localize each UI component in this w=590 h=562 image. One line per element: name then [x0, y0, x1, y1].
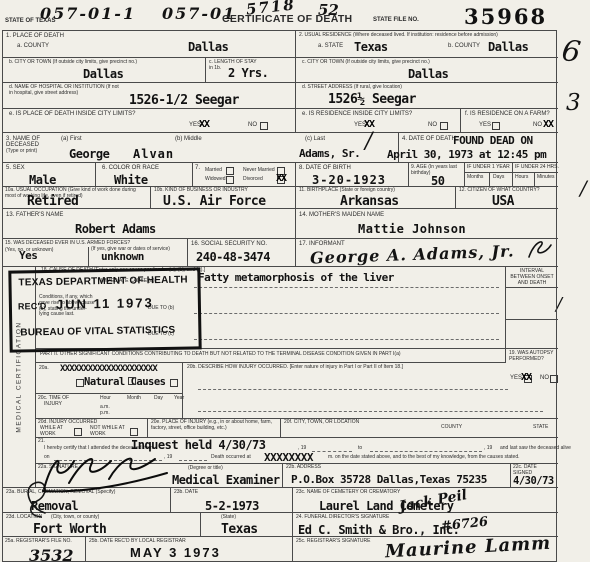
field-label: 23b. DATE [174, 490, 198, 496]
field-physician-address: 22b. ADDRESS P.O.Box 35728 Dallas,Texas … [283, 464, 511, 488]
field-usual-occupation: 10a. USUAL OCCUPATION (Give kind of work… [3, 187, 151, 209]
married-label: Married [205, 168, 222, 174]
widowed-label: Widowed [205, 177, 226, 183]
field-informant: 17. INFORMANT George A. Adams, Jr. [296, 239, 558, 267]
field-armed-forces: 15. WAS DECEASED EVER IN U.S. ARMED FORC… [3, 239, 188, 267]
field-label: IF UNDER 1 YEAR [467, 165, 510, 171]
date-of-birth-value: 3-20-1923 [312, 173, 386, 187]
stamp-date: JUN 11 1973 [56, 295, 154, 312]
divider [506, 287, 558, 288]
occupation-value: Retired [27, 194, 78, 209]
field-label: 14. MOTHER'S MAIDEN NAME [299, 212, 384, 219]
field-label: 1. PLACE OF DEATH [6, 33, 64, 40]
field-label: c. CITY OR TOWN (If outside city limits,… [302, 60, 430, 66]
business-value: U.S. Air Force [163, 194, 266, 209]
checkbox [440, 122, 448, 130]
middle-name-label: (b) Middle [175, 136, 202, 143]
margin-pen-mark: 3 [566, 90, 581, 116]
field-burial-date: 23b. DATE 5-2-1973 [171, 488, 293, 513]
stamp-recd: REC'D [18, 301, 47, 311]
field-label: 22b. ADDRESS [286, 465, 321, 471]
rule-line [198, 411, 543, 412]
checkbox [76, 379, 84, 387]
certificate-form: 1. PLACE OF DEATH a. COUNTY Dallas 2. US… [2, 30, 557, 562]
hours-label: Hours [515, 175, 528, 181]
not-while-at-work-label: NOT WHILE AT WORK [90, 426, 128, 438]
received-stamp: TEXAS DEPARTMENT OF HEALTH REC'D JUN 11 … [8, 267, 201, 352]
field-label: 25a. REGISTRAR'S FILE NO. [5, 539, 83, 545]
date-of-death-line2: April 30, 1973 at 12:45 pm [387, 148, 546, 161]
field-label: 25c. REGISTRAR'S SIGNATURE [296, 539, 371, 545]
divider [534, 172, 535, 187]
stamp-agency: TEXAS DEPARTMENT OF HEALTH [18, 275, 187, 289]
field-mothers-maiden-name: 14. MOTHER'S MAIDEN NAME Mattie Johnson [296, 209, 558, 239]
field-injury-city-county-state: 20f. CITY, TOWN, OR LOCATION COUNTY STAT… [281, 419, 558, 438]
certify-text: Death occurred at [211, 455, 251, 461]
state-file-no-label: STATE FILE NO. [373, 17, 419, 24]
funeral-firm-value: Ed C. Smith & Bro., Inc. [298, 523, 459, 537]
field-label: d. STREET ADDRESS (If rural, give locati… [302, 85, 402, 91]
first-name-label: (a) First [61, 136, 82, 143]
last-name-label: (c) Last [305, 136, 325, 143]
field-label: PART II. OTHER SIGNIFICANT CONDITIONS CO… [40, 352, 401, 358]
field-label: 5. SEX [6, 165, 25, 172]
certify-text: and last saw the deceased alive [500, 446, 571, 452]
checkbox [226, 176, 234, 184]
stamp-bureau: BUREAU OF VITAL STATISTICS [20, 325, 175, 339]
margin-pen-mark: / [580, 176, 587, 200]
checkbox [492, 122, 500, 130]
field-length-of-stay: c. LENGTH OF STAY in 1b. 2 Yrs. [206, 58, 296, 83]
no-label: NO [248, 122, 257, 129]
residence-city-value: Dallas [408, 67, 448, 81]
never-married-label: Never Married [243, 168, 275, 174]
field-label: 11. BIRTHPLACE (State or foreign country… [299, 188, 395, 194]
field-date-of-death: 4. DATE OF DEATH FOUND DEAD ON April 30,… [399, 133, 558, 163]
no-label: NO [428, 122, 437, 129]
checkbox [170, 379, 178, 387]
field-if-under-24-hrs: IF UNDER 24 HRS. Hours Minutes [513, 163, 558, 187]
divider [36, 393, 183, 394]
field-label: f. IS RESIDENCE ON A FARM? [465, 111, 550, 118]
field-label: 16. SOCIAL SECURITY NO. [191, 241, 267, 248]
handwritten-code-1: 057-01-1 [40, 4, 136, 23]
certify-text: , 19 [484, 446, 492, 452]
medical-examiner-signature [39, 449, 174, 495]
yes-label: YES [479, 122, 491, 129]
rule-line [194, 313, 499, 314]
divider [513, 172, 558, 173]
divider [88, 247, 89, 267]
typed-xx-mark: XX [276, 173, 286, 184]
date-of-death-line1: FOUND DEAD ON [453, 134, 533, 147]
length-of-stay-value: 2 Yrs. [228, 66, 268, 80]
field-part-2-conditions: PART II. OTHER SIGNIFICANT CONDITIONS CO… [36, 349, 506, 363]
certify-text: m. on the date stated above, and to the … [328, 455, 520, 461]
field-label: 8. DATE OF BIRTH [299, 165, 351, 172]
rule-line [194, 287, 499, 288]
field-date-of-birth: 8. DATE OF BIRTH 3-20-1923 [296, 163, 409, 187]
place-city-value: Dallas [83, 67, 123, 81]
field-burial-location-state: (State) Texas [201, 513, 293, 537]
day-label: Day [154, 396, 163, 402]
field-age: 9. AGE (In years last birthday) 50 [409, 163, 465, 187]
field-label: 20e. PLACE OF INJURY (e.g., in or about … [151, 420, 278, 432]
field-residence-on-farm: f. IS RESIDENCE ON A FARM? YES NO XX [461, 109, 558, 133]
field-marital-status: 7. Married Never Married Widowed Divorce… [193, 163, 296, 187]
field-place-of-death: 1. PLACE OF DEATH a. COUNTY Dallas [3, 31, 296, 58]
field-registrar-file-no: 25a. REGISTRAR'S FILE NO. 3532 [3, 537, 86, 562]
registrar-file-no-value: 3532 [29, 546, 74, 562]
field-label: 20f. CITY, TOWN, OR LOCATION [284, 420, 359, 426]
no-label: NO [533, 122, 542, 129]
field-label: INTERVAL BETWEEN ONSET AND DEATH [509, 269, 555, 286]
hour-label: Hour [100, 396, 111, 402]
certify-text: to [358, 446, 362, 452]
field-label: (State) [221, 515, 236, 521]
field-describe-how-injury-occurred: 20b. DESCRIBE HOW INJURY OCCURRED. [Ente… [183, 363, 558, 419]
field-citizen-of-country: 12. CITIZEN OF WHAT COUNTRY? USA [456, 187, 558, 209]
field-label: 19. WAS AUTOPSY PERFORMED? [509, 351, 555, 363]
field-city-of-death: b. CITY OR TOWN (If outside city limits,… [3, 58, 206, 83]
field-label: 12. CITIZEN OF WHAT COUNTRY? [459, 188, 540, 194]
date-signed-value: 4/30/73 [513, 475, 554, 487]
burial-date-value: 5-2-1973 [205, 499, 259, 513]
field-color-or-race: 6. COLOR OR RACE White [96, 163, 193, 187]
rule-line [194, 339, 499, 340]
field-accident-suicide-homicide: 20a. XXXXXXXXXXXXXXXXXXXXX Natural Cause… [36, 363, 183, 419]
middle-name-value: Alvan [133, 147, 174, 161]
residence-state-value: Texas [354, 40, 388, 54]
degree-or-title-label: (Degree or title) [188, 466, 223, 472]
field-usual-residence: 2. USUAL RESIDENCE (Where deceased lived… [296, 31, 558, 58]
checkbox [226, 167, 234, 175]
field-label: IF UNDER 24 HRS. [515, 165, 559, 171]
race-value: White [114, 173, 148, 187]
field-registrar-signature: 25c. REGISTRAR'S SIGNATURE Maurine Lamm [293, 537, 558, 562]
typed-xx-mark: XX [199, 119, 209, 130]
death-certificate-page: STATE OF TEXAS 057-01-1 057-01 5718 CERT… [0, 0, 590, 562]
last-name-value: Adams, Sr. [299, 147, 360, 160]
field-business-industry: 10b. KIND OF BUSINESS OR INDUSTRY U.S. A… [151, 187, 296, 209]
residence-county-value: Dallas [488, 40, 528, 54]
field-label: 20a. [39, 366, 49, 372]
field-interval-onset-death: INTERVAL BETWEEN ONSET AND DEATH [506, 267, 558, 349]
divider [489, 172, 490, 187]
mothers-name-value: Mattie Johnson [358, 222, 466, 236]
field-label: 20b. DESCRIBE HOW INJURY OCCURRED. [Ente… [187, 365, 403, 371]
margin-pen-mark: 6 [560, 33, 583, 69]
natural-causes-value: Natural Causes [84, 376, 166, 388]
field-label: e. IS RESIDENCE INSIDE CITY LIMITS? [302, 111, 412, 118]
field-label: b. COUNTY [448, 43, 480, 50]
field-injury-occurred: 20d. INJURY OCCURRED WHILE AT WORK NOT W… [36, 419, 148, 438]
handwritten-slash: / [365, 129, 372, 154]
typed-strikeout: XXXXXXXXXXXXXXXXXXXXX [60, 364, 157, 374]
field-death-inside-city-limits: e. IS PLACE OF DEATH INSIDE CITY LIMITS?… [3, 109, 296, 133]
burial-state-value: Texas [221, 522, 258, 537]
divider [506, 319, 558, 320]
citizen-value: USA [492, 194, 514, 209]
field-label: b. CITY OR TOWN (If outside city limits,… [9, 60, 137, 66]
field-label: 7. [195, 165, 200, 172]
month-label: Month [127, 396, 141, 402]
field-residence-inside-city-limits: e. IS RESIDENCE INSIDE CITY LIMITS? YES … [296, 109, 461, 133]
service-detail-value: unknown [101, 250, 144, 263]
rule-line [312, 451, 352, 452]
field-label: (City, town, or county) [51, 515, 99, 521]
typed-xx-mark: XX [543, 119, 553, 130]
field-label: in 1b. [209, 66, 221, 72]
field-name-of-deceased: 3. NAME OF DECEASED (Type or print) (a) … [3, 133, 399, 163]
field-label: d. NAME OF HOSPITAL OR INSTITUTION (If n… [9, 85, 124, 97]
pm-label: p.m. [100, 411, 110, 417]
field-label: 23c. NAME OF CEMETERY OR CREMATORY [296, 490, 400, 496]
field-date-signed: 22c. DATE SIGNED 4/30/73 [511, 464, 558, 488]
rule-line [370, 451, 482, 452]
field-label: 4. DATE OF DEATH [402, 136, 456, 143]
degree-value: Medical Examiner [172, 473, 280, 487]
ssn-value: 240-48-3474 [196, 250, 270, 264]
burial-city-value: Fort Worth [33, 522, 106, 537]
field-label: a. COUNTY [17, 43, 49, 50]
place-county-value: Dallas [188, 40, 228, 54]
field-residence-city: c. CITY OR TOWN (If outside city limits,… [296, 58, 558, 83]
birthplace-value: Arkansas [340, 194, 399, 209]
checkbox [74, 428, 82, 436]
state-label: STATE [533, 425, 548, 431]
field-institution: d. NAME OF HOSPITAL OR INSTITUTION (If n… [3, 83, 296, 109]
field-label: 6. COLOR OR RACE [102, 165, 159, 172]
time-of-injury-label2: INJURY [44, 402, 62, 408]
fathers-name-value: Robert Adams [75, 222, 156, 236]
days-label: Days [493, 175, 504, 181]
sex-value: Male [29, 173, 56, 187]
field-street-address: d. STREET ADDRESS (If rural, give locati… [296, 83, 558, 109]
date-received-stamp: MAY 3 1973 [130, 546, 221, 561]
field-sex: 5. SEX Male [3, 163, 96, 187]
field-label: a. STATE [318, 43, 343, 50]
field-fathers-name: 13. FATHER'S NAME Robert Adams [3, 209, 296, 239]
minutes-label: Minutes [537, 175, 555, 181]
informant-signature-flourish [525, 237, 553, 261]
field-label: (Type or print) [6, 149, 37, 155]
field-place-of-injury: 20e. PLACE OF INJURY (e.g., in or about … [148, 419, 281, 438]
divorced-label: Divorced [243, 177, 263, 183]
checkbox [128, 377, 136, 385]
field-label: 24. FUNERAL DIRECTOR'S SIGNATURE [296, 515, 389, 521]
months-label: Months [467, 175, 483, 181]
item-21-label: 21. [38, 439, 45, 445]
armed-forces-value: Yes [19, 249, 37, 262]
field-birthplace: 11. BIRTHPLACE (State or foreign country… [296, 187, 456, 209]
field-label: 13. FATHER'S NAME [6, 212, 63, 219]
field-label: 25b. DATE REC'D BY LOCAL REGISTRAR [89, 539, 186, 545]
field-date-received-by-registrar: 25b. DATE REC'D BY LOCAL REGISTRAR MAY 3… [86, 537, 293, 562]
rule-line [198, 389, 508, 390]
registrar-signature-value: Maurine Lamm [385, 533, 552, 562]
age-value: 50 [431, 174, 444, 188]
field-social-security-no: 16. SOCIAL SECURITY NO. 240-48-3474 [188, 239, 296, 267]
field-label: 10b. KIND OF BUSINESS OR INDUSTRY [154, 188, 248, 194]
checkbox [260, 122, 268, 130]
checkbox [130, 428, 138, 436]
institution-value: 1526-1/2 Seegar [129, 93, 239, 108]
while-at-work-label: WHILE AT WORK [40, 426, 74, 438]
state-file-number: 35968 [464, 4, 547, 29]
death-time-xs: XXXXXXXX [264, 451, 313, 464]
field-if-under-1-year: IF UNDER 1 YEAR Months Days [465, 163, 513, 187]
handwritten-number-side: 52 [318, 1, 339, 19]
county-label: COUNTY [441, 425, 462, 431]
field-label: 2. USUAL RESIDENCE (Where deceased lived… [299, 33, 498, 39]
first-name-value: George [69, 147, 109, 161]
rule-line [179, 460, 207, 461]
immediate-cause-value: Fatty metamorphosis of the liver [198, 271, 394, 284]
field-label: e. IS PLACE OF DEATH INSIDE CITY LIMITS? [9, 111, 135, 118]
street-address-value: 1526½ Seegar [328, 92, 416, 107]
address-value: P.O.Box 35728 Dallas,Texas 75235 [291, 473, 487, 486]
